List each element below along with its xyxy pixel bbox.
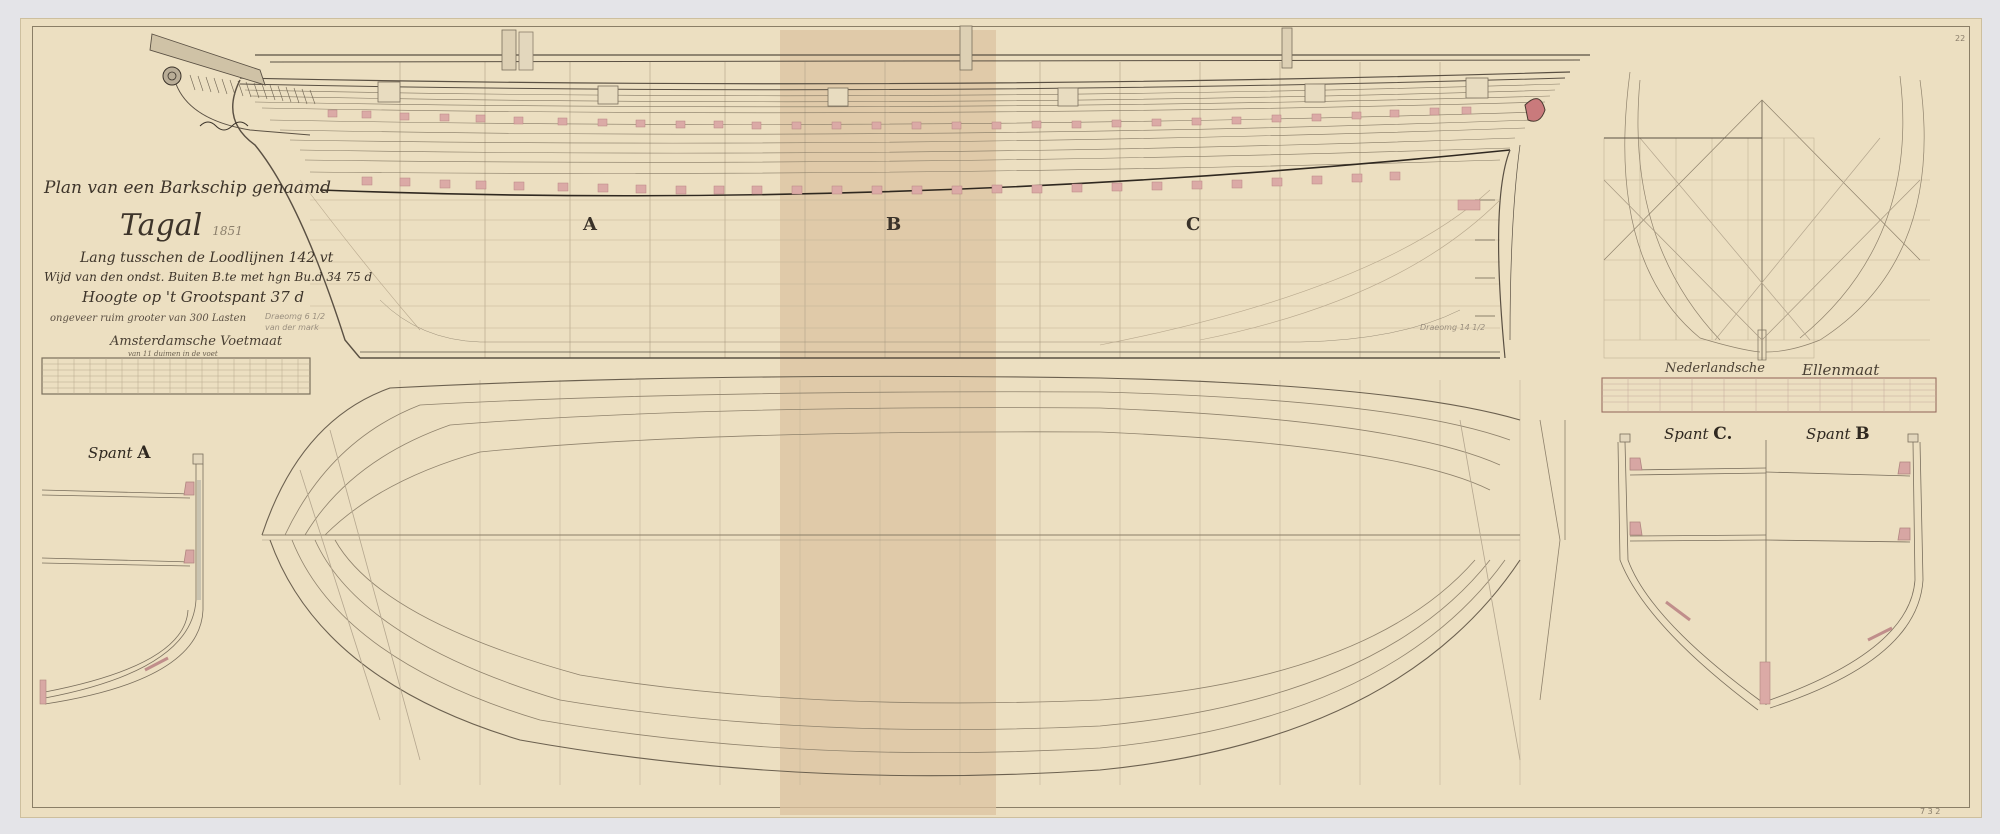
corner-mark-bottom-right: 7 3 2: [1920, 807, 1940, 816]
frame-marker-a: A: [583, 214, 597, 235]
spant-a-letter: A: [137, 443, 150, 463]
ship-name-annotation: 1851: [212, 224, 243, 238]
scale-right-label: Nederlandsche: [1665, 361, 1765, 376]
ship-plan-drawing: [0, 0, 2000, 834]
plan-title-line: Plan van een Barkschip genaamd: [44, 178, 331, 198]
scale-bar-right: [1602, 378, 1936, 412]
scale-right-label-2: Ellenmaat: [1802, 361, 1879, 379]
section-spant-c-label: Spant C.: [1664, 424, 1732, 444]
scale-bar-left: [42, 358, 310, 394]
spec-depth: Hoogte op 't Grootspant 37 d: [82, 288, 304, 306]
scale-left-label: Amsterdamsche Voetmaat: [110, 334, 282, 349]
spant-b-letter: B: [1855, 424, 1869, 444]
section-spant-c-b: [1618, 434, 1923, 710]
spant-c-letter: C.: [1713, 424, 1732, 444]
ship-name: Tagal: [120, 208, 202, 243]
body-plan: [1604, 72, 1930, 360]
section-spant-a: [40, 454, 203, 704]
corner-mark-top-right: 22: [1955, 34, 1965, 43]
spant-c-word: Spant: [1664, 425, 1709, 443]
spec-breadth: Wijd van den ondst. Buiten B.te met hgn …: [44, 270, 372, 284]
sheer-plan: [150, 26, 1590, 358]
pencil-note-draft: Draeomg 6 1/2: [265, 312, 325, 321]
frame-marker-c: C: [1186, 214, 1200, 235]
ship-name-title: Tagal1851: [120, 208, 243, 243]
spant-b-word: Spant: [1806, 425, 1851, 443]
frame-marker-b: B: [886, 214, 901, 235]
spant-a-word: Spant: [88, 444, 133, 462]
pencil-note-stern-draft: Draeomg 14 1/2: [1420, 323, 1485, 332]
scale-left-sublabel: van 11 duimen in de voet: [128, 350, 218, 358]
pencil-note-name: van der mark: [265, 323, 319, 332]
half-breadth-plan: [262, 376, 1565, 785]
section-spant-b-label: Spant B: [1806, 424, 1870, 444]
spec-tonnage: ongeveer ruim grooter van 300 Lasten: [50, 313, 246, 324]
section-spant-a-label: Spant A: [88, 443, 151, 463]
spec-length: Lang tusschen de Loodlijnen 142 vt: [80, 250, 333, 266]
